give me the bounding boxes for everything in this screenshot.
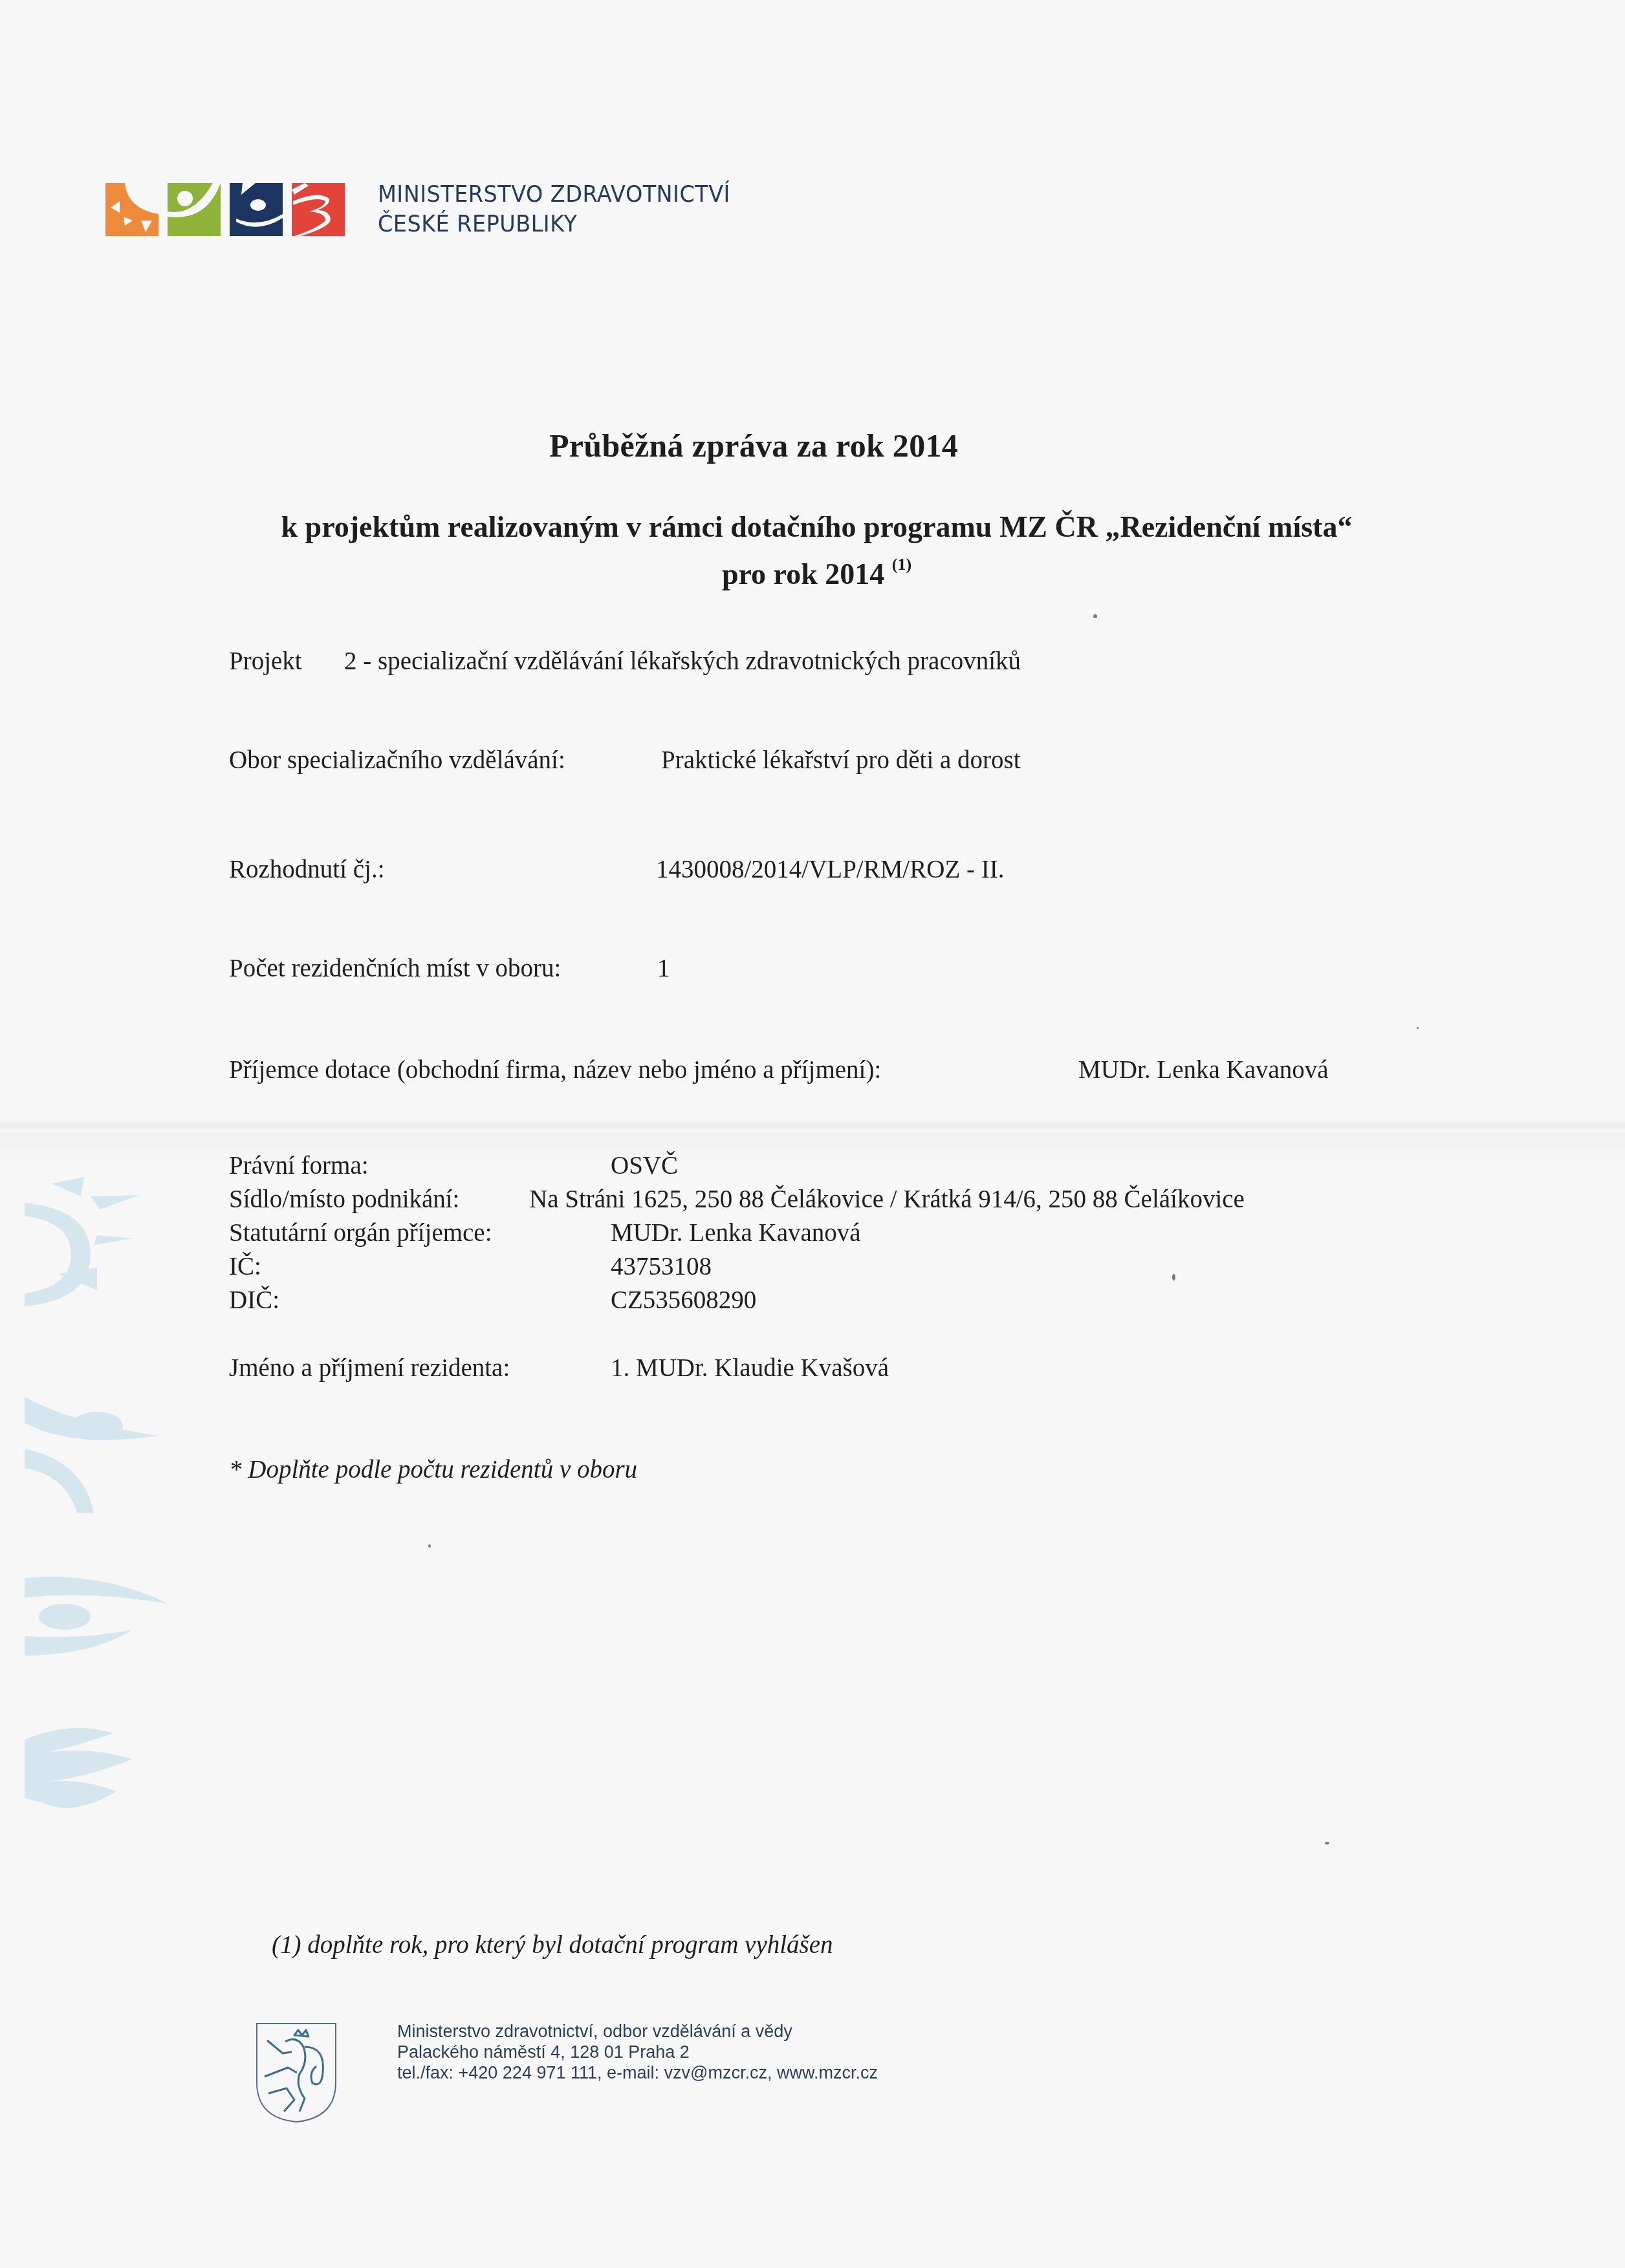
asterisk-note: * Doplňte podle počtu rezidentů v oboru	[229, 1455, 637, 1484]
rozhodnuti-label: Rozhodnutí čj.:	[229, 855, 384, 884]
pocet-value: 1	[657, 954, 670, 983]
pravni-forma-value: OSVČ	[611, 1151, 678, 1180]
watermark-logo-icon	[19, 1177, 168, 2244]
subtitle-line1: k projektům realizovaným v rámci dotační…	[0, 508, 1625, 546]
statutarni-label: Statutární orgán příjemce:	[229, 1218, 492, 1247]
footer-contact: Ministerstvo zdravotnictví, odbor vzdělá…	[397, 2021, 878, 2083]
obor-value: Praktické lékařství pro děti a dorost	[661, 746, 1021, 775]
prijemce-value: MUDr. Lenka Kavanová	[1078, 1055, 1329, 1085]
footer-line2: Palackého náměstí 4, 128 01 Praha 2	[397, 2042, 878, 2062]
scan-speck	[428, 1544, 431, 1548]
pravni-forma-label: Právní forma:	[229, 1151, 369, 1180]
dic-value: CZ535608290	[611, 1286, 756, 1315]
footer-line3: tel./fax: +420 224 971 111, e-mail: vzv@…	[397, 2062, 878, 2083]
rezident-value: 1. MUDr. Klaudie Kvašová	[611, 1354, 889, 1383]
rezident-label: Jméno a příjmení rezidenta:	[229, 1354, 510, 1383]
coat-of-arms-lion-icon	[254, 2021, 338, 2124]
scan-speck	[1172, 1274, 1175, 1280]
ministry-name: MINISTERSTVO ZDRAVOTNICTVÍ ČESKÉ REPUBLI…	[378, 180, 730, 239]
logo-tile-eye-icon	[230, 183, 283, 236]
scan-speck	[1093, 614, 1097, 618]
rozhodnuti-value: 1430008/2014/VLP/RM/ROZ - II.	[656, 855, 1004, 884]
project-label: Projekt	[229, 647, 302, 676]
ministry-logo	[105, 183, 345, 236]
logo-tile-mouth-icon	[292, 183, 345, 236]
statutarni-value: MUDr. Lenka Kavanová	[611, 1218, 861, 1247]
footnote-1: (1) doplňte rok, pro který byl dotační p…	[272, 1930, 833, 1960]
ministry-name-line2: ČESKÉ REPUBLIKY	[378, 210, 730, 239]
scan-speck	[1325, 1842, 1329, 1844]
footnote-ref: (1)	[892, 555, 911, 574]
paper-fold-line	[0, 1121, 1625, 1130]
document-subtitle: k projektům realizovaným v rámci dotační…	[0, 508, 1625, 593]
ic-label: IČ:	[229, 1252, 261, 1281]
document-title: Průběžná zpráva za rok 2014	[0, 427, 1507, 464]
sidlo-value: Na Stráni 1625, 250 88 Čelákovice / Krát…	[529, 1185, 1245, 1214]
logo-tile-sun-icon	[105, 183, 158, 236]
ministry-name-line1: MINISTERSTVO ZDRAVOTNICTVÍ	[378, 180, 730, 210]
footer-line1: Ministerstvo zdravotnictví, odbor vzdělá…	[397, 2021, 878, 2042]
pocet-label: Počet rezidenčních míst v oboru:	[229, 954, 561, 983]
project-value: 2 - specializační vzdělávání lékařských …	[344, 647, 1021, 676]
logo-tile-person-icon	[168, 183, 221, 236]
sidlo-label: Sídlo/místo podnikání:	[229, 1185, 459, 1214]
subtitle-line2: pro rok 2014 (1)	[0, 546, 1625, 593]
dic-label: DIČ:	[229, 1286, 279, 1315]
scan-speck	[1417, 1027, 1419, 1029]
ic-value: 43753108	[611, 1252, 712, 1281]
obor-label: Obor specializačního vzdělávání:	[229, 746, 565, 775]
prijemce-label: Příjemce dotace (obchodní firma, název n…	[229, 1055, 881, 1085]
subtitle-line2-text: pro rok 2014	[722, 557, 884, 590]
